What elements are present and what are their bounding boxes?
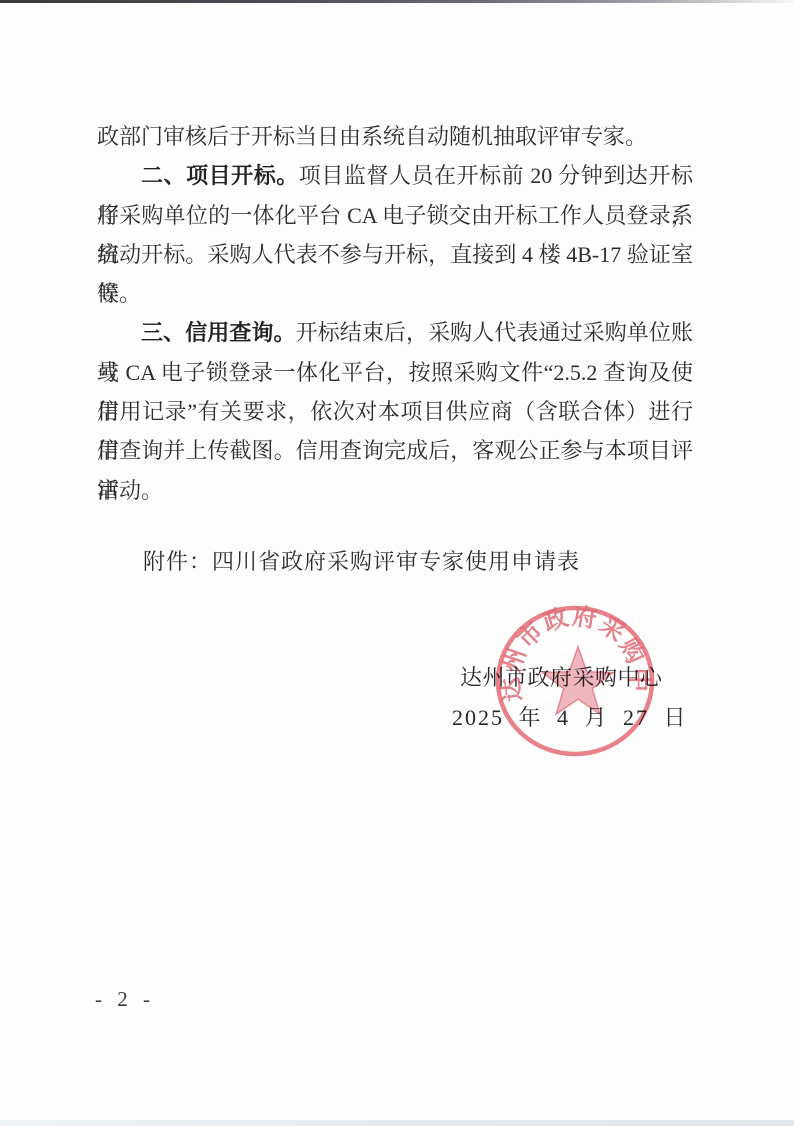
body-lines: 政部门审核后于开标当日由系统自动随机抽取评审专家。二、项目开标。项目监督人员在开… [97, 117, 693, 510]
page-number: - 2 - [95, 987, 155, 1012]
paragraph-text: 候。 [97, 281, 141, 306]
scan-artifact-top-edge [0, 0, 794, 3]
document-body: 政部门审核后于开标当日由系统自动随机抽取评审专家。二、项目开标。项目监督人员在开… [97, 117, 693, 510]
document-line: 活动。 [97, 471, 693, 510]
paragraph-text: 政部门审核后于开标当日由系统自动随机抽取评审专家。 [97, 124, 647, 149]
attachment-line: 附件：四川省政府采购评审专家使用申请表 [143, 545, 580, 576]
document-line: 信用记录”有关要求，依次对本项目供应商（含联合体）进行信 [97, 392, 693, 431]
document-line: 将采购单位的一体化平台 CA 电子锁交由开标工作人员登录系统 [97, 196, 693, 235]
official-seal-stamp: 达州市政府采购中心 [485, 600, 665, 765]
scan-artifact-bottom-edge [0, 1120, 794, 1126]
scanned-document-page: 政部门审核后于开标当日由系统自动随机抽取评审专家。二、项目开标。项目监督人员在开… [0, 0, 794, 1126]
paragraph-heading: 二、项目开标。 [141, 163, 299, 188]
document-line: 政部门审核后于开标当日由系统自动随机抽取评审专家。 [97, 117, 693, 156]
paragraph-text: 活动。 [97, 478, 163, 503]
document-line: 三、信用查询。开标结束后，采购人代表通过采购单位账号 [97, 313, 693, 352]
document-line: 二、项目开标。项目监督人员在开标前 20 分钟到达开标厅， [97, 156, 693, 195]
paragraph-heading: 三、信用查询。 [141, 320, 296, 345]
document-line: 或 CA 电子锁登录一体化平台，按照采购文件“2.5.2 查询及使用 [97, 353, 693, 392]
document-line: 候。 [97, 274, 693, 313]
document-line: 用查询并上传截图。信用查询完成后，客观公正参与本项目评审 [97, 431, 693, 470]
document-line: 启动开标。采购人代表不参与开标，直接到 4 楼 4B-17 验证室等 [97, 235, 693, 274]
star-icon [543, 647, 613, 714]
